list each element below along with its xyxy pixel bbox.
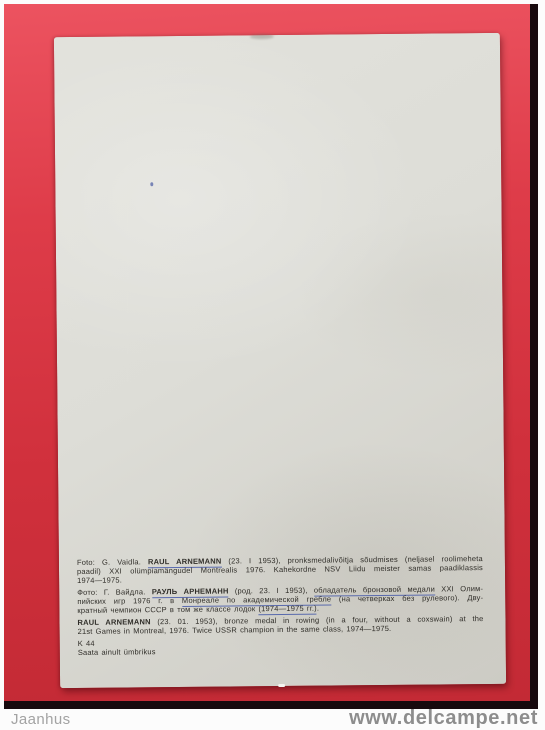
paragraph-en: RAUL ARNEMANN (23. 01. 1953), bronze med… <box>77 614 483 636</box>
pen-underlined-text: (1974—1975 гг.) <box>258 604 316 615</box>
paragraph-et: Foto: G. Vaidla. RAUL ARNEMANN (23. I 19… <box>77 554 483 585</box>
text-segment: 21st Games in Montreal, 1976. Twice USSR… <box>78 624 392 636</box>
paper-chip <box>278 684 285 687</box>
text-segment: (на четверках без рулевого). Дву- <box>331 593 483 603</box>
watermark-delcampe: www.delcampe.net <box>349 707 538 730</box>
watermark-jaanhus: Jaanhus <box>11 711 71 728</box>
postcard-footer: K 44 Saata ainult ümbrikus <box>78 635 484 657</box>
text-segment: . <box>317 604 319 613</box>
text-segment: 1974—1975. <box>77 576 122 585</box>
postcard-caption: Foto: G. Vaidla. RAUL ARNEMANN (23. I 19… <box>77 554 484 657</box>
pen-speck <box>150 182 153 186</box>
paper-smudge <box>250 34 274 39</box>
text-segment: кратный чемпион СССР в том же классе лод… <box>77 604 258 615</box>
postcard-paragraphs: Foto: G. Vaidla. RAUL ARNEMANN (23. I 19… <box>77 554 484 636</box>
text-segment: XXI Олим- <box>435 584 483 593</box>
postcard-back: Foto: G. Vaidla. RAUL ARNEMANN (23. I 19… <box>54 33 506 688</box>
scan-page: { "colors": { "mat_red": "#d0303c", "fra… <box>0 0 545 730</box>
paragraph-ru: Фото: Г. Вайдла. РАУЛЬ АРНЕМАНН (род. 23… <box>77 584 483 615</box>
